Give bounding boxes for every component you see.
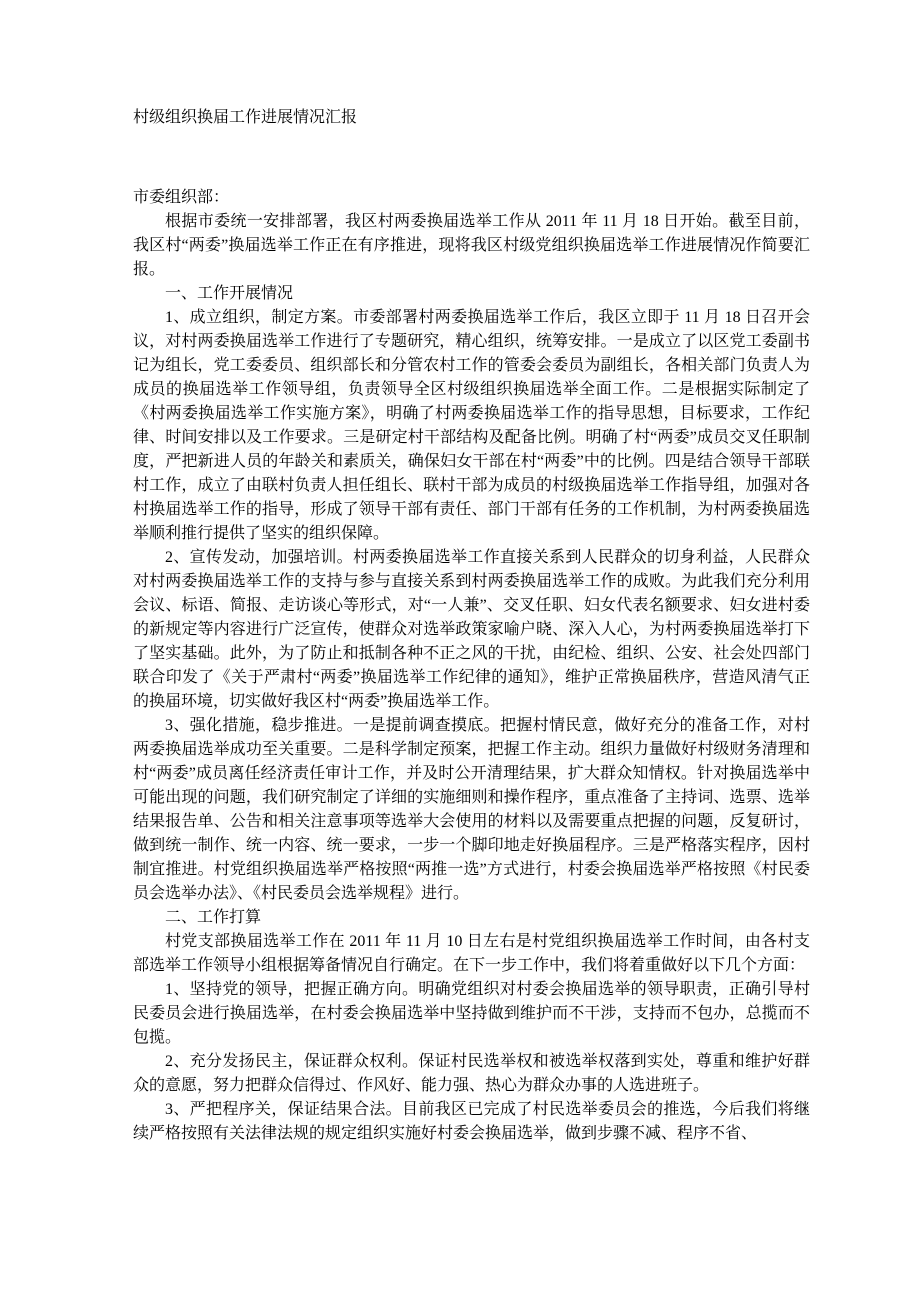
paragraph: 1、成立组织，制定方案。市委部署村两委换届选举工作后，我区立即于 11 月 18… — [133, 306, 810, 546]
document-title: 村级组织换届工作进展情况汇报 — [133, 106, 810, 130]
paragraph: 2、充分发扬民主，保证群众权利。保证村民选举权和被选举权落到实处，尊重和维护好群… — [133, 1050, 810, 1098]
paragraph: 村党支部换届选举工作在 2011 年 11 月 10 日左右是村党组织换届选举工… — [133, 930, 810, 978]
paragraph: 3、强化措施，稳步推进。一是提前调查摸底。把握村情民意，做好充分的准备工作，对村… — [133, 714, 810, 906]
document-body: 根据市委统一安排部署，我区村两委换届选举工作从 2011 年 11 月 18 日… — [133, 210, 810, 1146]
paragraph: 2、宣传发动，加强培训。村两委换届选举工作直接关系到人民群众的切身利益，人民群众… — [133, 546, 810, 714]
salutation: 市委组织部： — [133, 186, 810, 210]
paragraph: 3、严把程序关，保证结果合法。目前我区已完成了村民选举委员会的推选，今后我们将继… — [133, 1098, 810, 1146]
paragraph: 1、坚持党的领导，把握正确方向。明确党组织对村委会换届选举的领导职责，正确引导村… — [133, 978, 810, 1050]
section-heading: 一、工作开展情况 — [133, 282, 810, 306]
section-heading: 二、工作打算 — [133, 906, 810, 930]
document-page: 村级组织换届工作进展情况汇报 市委组织部： 根据市委统一安排部署，我区村两委换届… — [0, 0, 920, 1302]
paragraph: 根据市委统一安排部署，我区村两委换届选举工作从 2011 年 11 月 18 日… — [133, 210, 810, 282]
